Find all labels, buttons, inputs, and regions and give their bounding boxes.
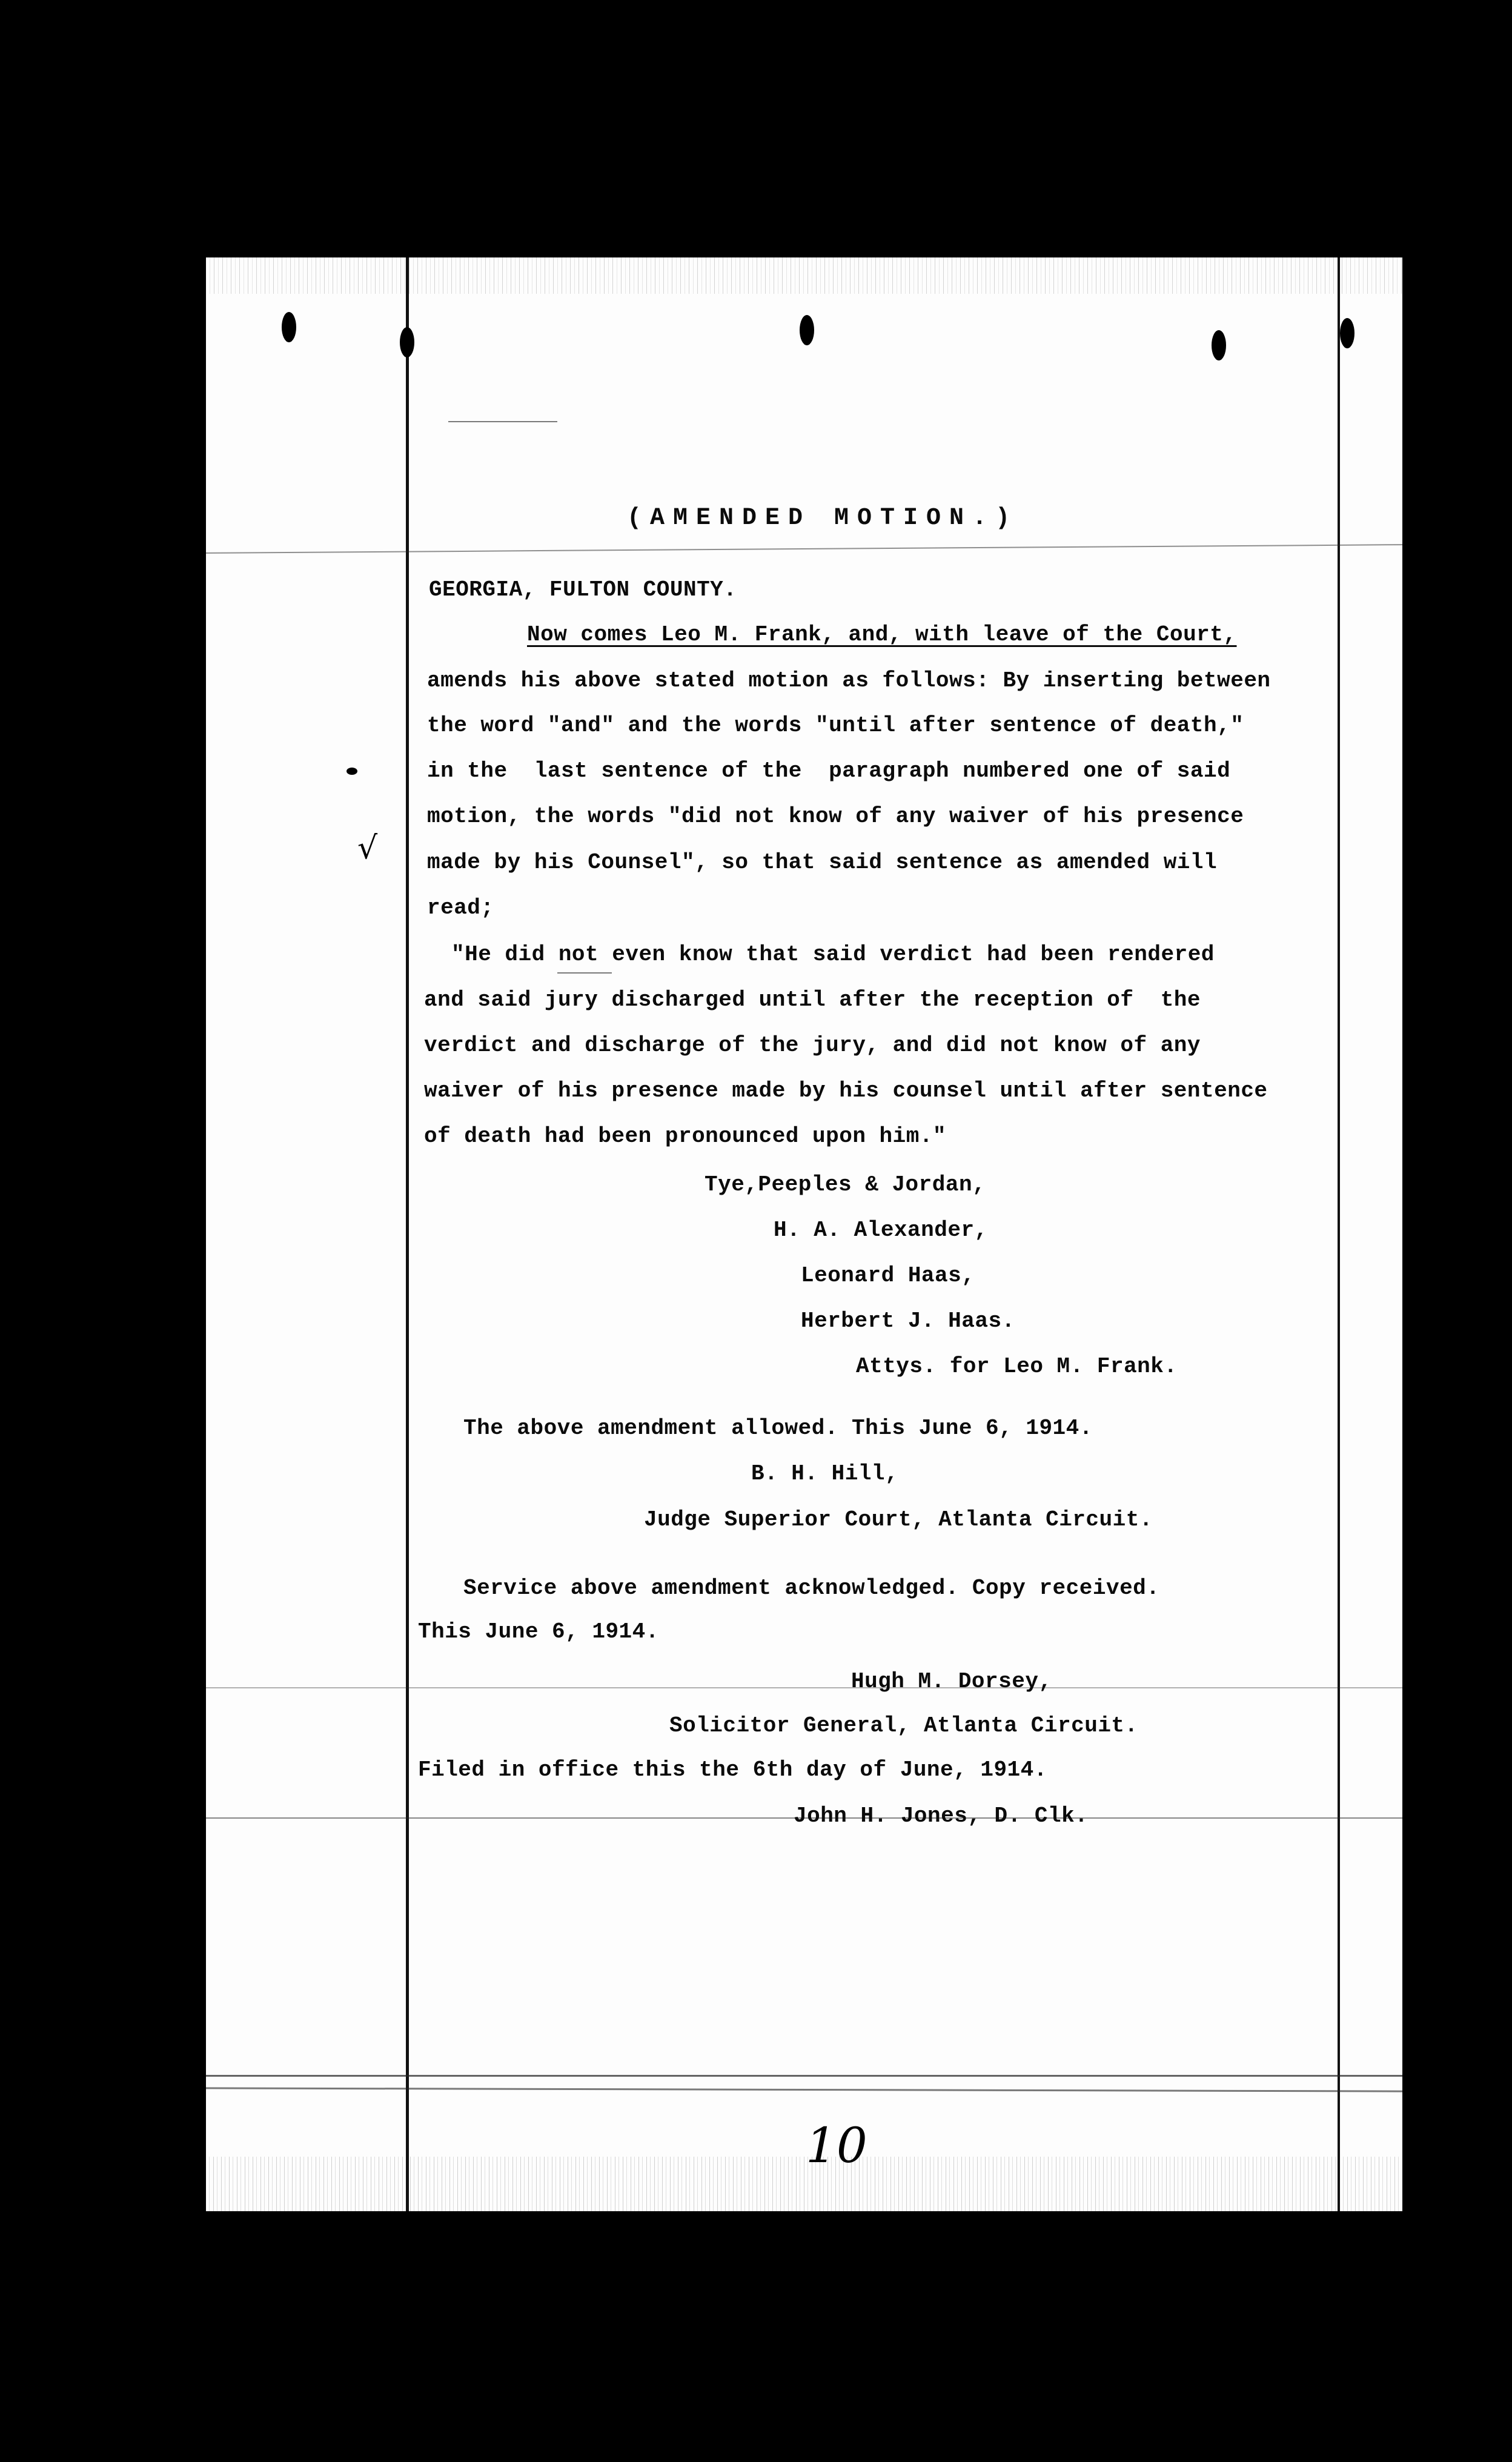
clerk-signature: John H. Jones, D. Clk. bbox=[794, 1803, 1088, 1828]
body-line: the word "and" and the words "until afte… bbox=[427, 713, 1244, 738]
punch-hole bbox=[400, 327, 414, 357]
ruled-line bbox=[557, 972, 612, 974]
ruled-line bbox=[206, 1687, 1402, 1688]
punch-hole bbox=[800, 315, 814, 345]
filing-text: Filed in office this the 6th day of June… bbox=[418, 1757, 1047, 1782]
attorney-signature: Leonard Haas, bbox=[801, 1263, 975, 1288]
scan-noise-bottom bbox=[206, 2157, 1402, 2211]
punch-hole bbox=[1340, 318, 1354, 348]
body-line: made by his Counsel", so that said sente… bbox=[427, 850, 1217, 875]
attorney-signature: Tye,Peeples & Jordan, bbox=[705, 1172, 986, 1197]
right-margin-rule bbox=[1338, 257, 1340, 2211]
attorney-signature: Herbert J. Haas. bbox=[801, 1309, 1015, 1333]
body-line: read; bbox=[427, 895, 494, 920]
quoted-line: verdict and discharge of the jury, and d… bbox=[424, 1033, 1201, 1058]
quoted-line: "He did not even know that said verdict … bbox=[451, 942, 1215, 967]
body-line: motion, the words "did not know of any w… bbox=[427, 804, 1244, 829]
service-date: This June 6, 1914. bbox=[418, 1619, 659, 1644]
judge-signature: B. H. Hill, bbox=[751, 1461, 898, 1486]
judge-title: Judge Superior Court, Atlanta Circuit. bbox=[644, 1507, 1153, 1532]
order-text: The above amendment allowed. This June 6… bbox=[463, 1416, 1093, 1441]
scan-noise-top bbox=[206, 257, 1402, 294]
body-line: Now comes Leo M. Frank, and, with leave … bbox=[527, 622, 1237, 647]
check-mark-icon: √ bbox=[357, 830, 377, 866]
punch-hole bbox=[282, 312, 296, 342]
ruled-line bbox=[206, 544, 1402, 554]
quoted-line: and said jury discharged until after the… bbox=[424, 987, 1201, 1012]
solicitor-title: Solicitor General, Atlanta Circuit. bbox=[669, 1713, 1138, 1738]
venue-heading: GEORGIA, FULTON COUNTY. bbox=[429, 577, 737, 602]
ruled-line bbox=[206, 2075, 1402, 2077]
ruled-line bbox=[448, 421, 557, 422]
body-line: in the last sentence of the paragraph nu… bbox=[427, 758, 1230, 783]
ruled-line bbox=[206, 2087, 1402, 2092]
quoted-line: of death had been pronounced upon him." bbox=[424, 1124, 946, 1149]
quoted-line: waiver of his presence made by his couns… bbox=[424, 1078, 1268, 1103]
page-number: 10 bbox=[806, 2117, 867, 2174]
attorney-signature: Attys. for Leo M. Frank. bbox=[856, 1354, 1177, 1379]
margin-dot-mark bbox=[346, 768, 357, 775]
body-line: amends his above stated motion as follow… bbox=[427, 668, 1271, 693]
attorney-signature: H. A. Alexander, bbox=[774, 1218, 988, 1243]
document-page: (AMENDED MOTION.) GEORGIA, FULTON COUNTY… bbox=[206, 257, 1402, 2211]
service-text: Service above amendment acknowledged. Co… bbox=[463, 1576, 1159, 1601]
punch-hole bbox=[1212, 330, 1226, 360]
document-title: (AMENDED MOTION.) bbox=[627, 505, 1018, 532]
solicitor-signature: Hugh M. Dorsey, bbox=[851, 1669, 1052, 1694]
